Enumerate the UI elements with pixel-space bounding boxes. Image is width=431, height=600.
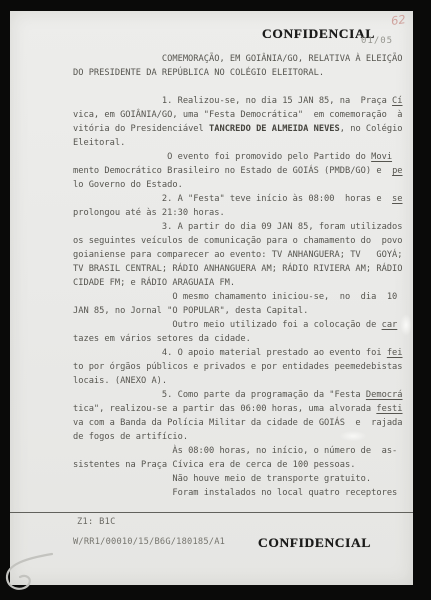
scan-smudge <box>400 314 412 336</box>
scan-smudge <box>340 431 366 441</box>
document-line: os seguintes veículos de comunicação par… <box>73 234 411 248</box>
page-curl <box>0 548 56 598</box>
document-line: Não houve meio de transporte gratuito. <box>73 472 411 486</box>
document-line: vica, em GOIÂNIA/GO, uma "Festa Democrát… <box>73 108 411 122</box>
document-line: mento Democrático Brasileiro no Estado d… <box>73 164 411 178</box>
document-line: JAN 85, no Jornal "O POPULAR", desta Cap… <box>73 304 411 318</box>
document-line: vitória do Presidenciável TANCREDO DE AL… <box>73 122 411 136</box>
document-line: 5. Como parte da programação da "Festa D… <box>73 388 411 402</box>
document-line: locais. (ANEXO A). <box>73 374 411 388</box>
document-line: 3. A partir do dia 09 JAN 85, foram util… <box>73 220 411 234</box>
document-line <box>73 80 411 94</box>
document-line: COMEMORAÇÃO, EM GOIÂNIA/GO, RELATIVA À E… <box>73 52 411 66</box>
document-line: goianiense para comparecer ao evento: TV… <box>73 248 411 262</box>
paper-sheet: 62 CONFIDENCIAL 01/05 COMEMORAÇÃO, EM GO… <box>10 11 413 585</box>
document-line: Às 08:00 horas, no início, o número de a… <box>73 444 411 458</box>
document-line: va com a Banda da Polícia Militar da cid… <box>73 416 411 430</box>
document-line: DO PRESIDENTE DA REPÚBLICA NO COLÉGIO EL… <box>73 66 411 80</box>
document-line: Foram instalados no local quatro recepto… <box>73 486 411 500</box>
document-line: 1. Realizou-se, no dia 15 JAN 85, na Pra… <box>73 94 411 108</box>
handwritten-page-number: 62 <box>390 12 406 28</box>
document-line: to por órgãos públicos e privados e por … <box>73 360 411 374</box>
footer-divider <box>10 512 413 513</box>
document-line: Eleitoral. <box>73 136 411 150</box>
scanned-document: 62 CONFIDENCIAL 01/05 COMEMORAÇÃO, EM GO… <box>0 0 431 600</box>
document-line: O evento foi promovido pelo Partido do M… <box>73 150 411 164</box>
footer-document-code: W/RR1/00010/15/B6G/180185/A1 <box>73 537 225 547</box>
document-line: TV BRASIL CENTRAL; RÁDIO ANHANGUERA AM; … <box>73 262 411 276</box>
scan-dust <box>0 0 2 2</box>
page-number: 01/05 <box>361 36 393 46</box>
footer-reference: Z1: B1C <box>77 517 116 527</box>
document-line: tazes em vários setores da cidade. <box>73 332 411 346</box>
document-line: lo Governo do Estado. <box>73 178 411 192</box>
confidential-stamp-top: CONFIDENCIAL <box>262 26 375 41</box>
document-line: 4. O apoio material prestado ao evento f… <box>73 346 411 360</box>
document-line: prolongou até às 21:30 horas. <box>73 206 411 220</box>
document-line: 2. A "Festa" teve início às 08:00 horas … <box>73 192 411 206</box>
document-line: sistentes na Praça Cívica era de cerca d… <box>73 458 411 472</box>
confidential-stamp-bottom: CONFIDENCIAL <box>258 535 371 550</box>
document-line: tica", realizou-se a partir das 06:00 ho… <box>73 402 411 416</box>
document-line: O mesmo chamamento iniciou-se, no dia 10 <box>73 290 411 304</box>
document-line: Outro meio utilizado foi a colocação de … <box>73 318 411 332</box>
document-line: CIDADE FM; e RÁDIO ARAGUAIA FM. <box>73 276 411 290</box>
